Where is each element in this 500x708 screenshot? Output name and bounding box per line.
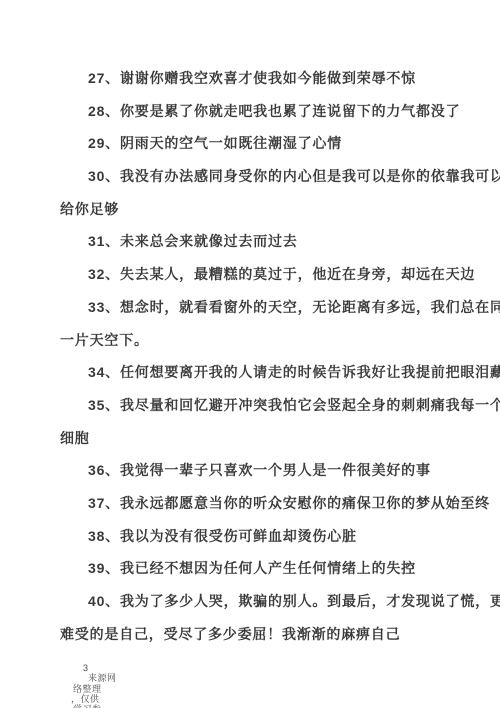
- quote-line: 难受的是自己，受尽了多少委屈！我渐渐的麻痹自己: [60, 626, 452, 659]
- quote-line: 29、阴雨天的空气一如既往潮湿了心情: [60, 135, 452, 168]
- quote-line: 35、我尽量和回忆避开冲突我怕它会竖起全身的刺刺痛我每一个: [60, 397, 452, 430]
- quote-line: 36、我觉得一辈子只喜欢一个男人是一件很美好的事: [60, 462, 452, 495]
- footer-line: 络整理: [71, 684, 117, 694]
- footer-line: 学习参: [71, 704, 117, 708]
- footer-source-note: 来源网络整理，仅供学习参: [71, 673, 117, 708]
- page-footer: 3 来源网络整理，仅供学习参: [71, 663, 117, 708]
- quote-line: 33、想念时，就看看窗外的天空，无论距离有多远，我们总在同: [60, 299, 452, 332]
- quote-line: 32、失去某人，最糟糕的莫过于，他近在身旁，却远在天边: [60, 266, 452, 299]
- quote-line: 30、我没有办法感同身受你的内心但是我可以是你的依靠我可以: [60, 168, 452, 201]
- quote-line: 40、我为了多少人哭，欺骗的别人。到最后，才发现说了慌，更: [60, 593, 452, 626]
- quote-line: 34、任何想要离开我的人请走的时候告诉我好让我提前把眼泪藏 好: [60, 364, 452, 397]
- quote-line: 28、你要是累了你就走吧我也累了连说留下的力气都没了: [60, 103, 452, 136]
- quote-line: 31、未来总会来就像过去而过去: [60, 233, 452, 266]
- quote-list: 27、谢谢你赠我空欢喜才使我如今能做到荣辱不惊28、你要是累了你就走吧我也累了连…: [60, 70, 452, 658]
- page-number: 3: [71, 663, 117, 673]
- quote-line: 一片天空下。: [60, 332, 452, 365]
- quote-line: 给你足够: [60, 201, 452, 234]
- quote-line: 27、谢谢你赠我空欢喜才使我如今能做到荣辱不惊: [60, 70, 452, 103]
- document-page: 27、谢谢你赠我空欢喜才使我如今能做到荣辱不惊28、你要是累了你就走吧我也累了连…: [0, 0, 500, 708]
- footer-line: ，仅供: [71, 694, 117, 704]
- quote-line: 38、我以为没有很受伤可鲜血却烫伤心脏: [60, 528, 452, 561]
- quote-line: 37、我永远都愿意当你的听众安慰你的痛保卫你的梦从始至终: [60, 495, 452, 528]
- quote-line: 39、我已经不想因为任何人产生任何情绪上的失控: [60, 560, 452, 593]
- footer-line: 来源网: [71, 673, 117, 683]
- quote-line: 细胞: [60, 430, 452, 463]
